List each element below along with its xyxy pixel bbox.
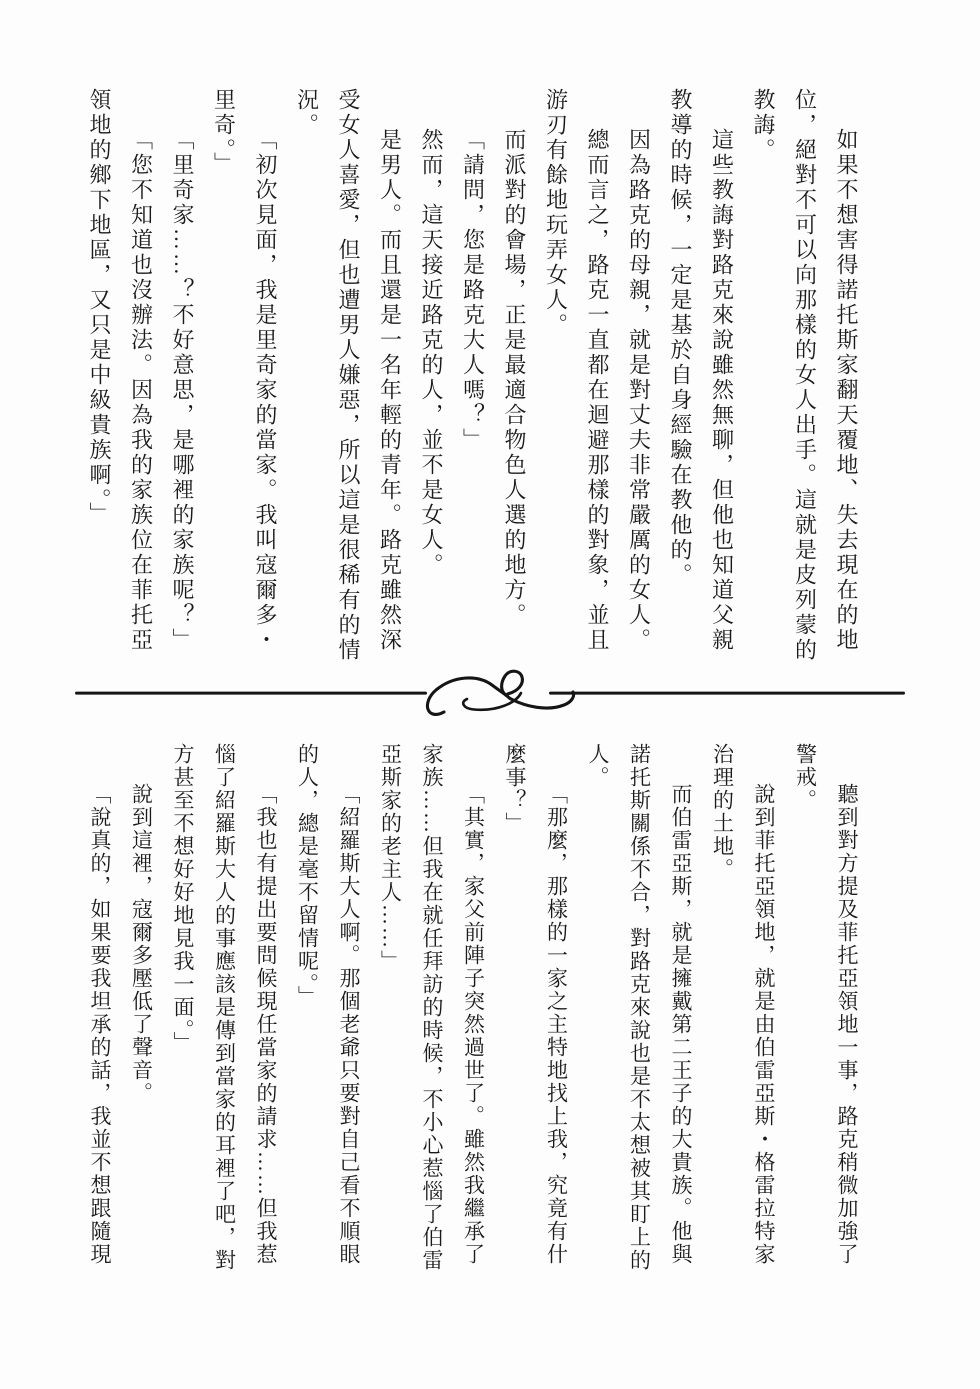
text-column: 「請問，您是路克大人嗎？」: [452, 88, 494, 668]
text-section-top: 如果不想害得諾托斯家翻天覆地、失去現在的地位，絕對不可以向那樣的女人出手。這就是…: [79, 88, 868, 668]
text-column: 諾托斯關係不合，對路克來說也是不太想被其盯上的: [618, 743, 660, 1283]
calligraphic-flourish-icon: [75, 648, 905, 738]
text-column: 的人，總是毫不留情呢。」: [286, 743, 328, 1283]
text-column: 總而言之，路克一直都在迴避那樣的對象，並且: [577, 88, 619, 668]
text-column: 說到菲托亞領地，就是由伯雷亞斯・格雷拉特家: [743, 743, 785, 1283]
text-column: 「里奇家……？不好意思，是哪裡的家族呢？」: [162, 88, 204, 668]
text-column: 家族……但我在就任拜訪的時候，不小心惹惱了伯雷: [411, 743, 453, 1283]
text-column: 這些教誨對路克來說雖然無聊，但他也知道父親: [701, 88, 743, 668]
book-page: 如果不想害得諾托斯家翻天覆地、失去現在的地位，絕對不可以向那樣的女人出手。這就是…: [0, 0, 980, 1389]
text-column: 而派對的會場，正是最適合物色人選的地方。: [494, 88, 536, 668]
text-column: 麼事？」: [494, 743, 536, 1283]
text-column: 教誨。: [743, 88, 785, 668]
text-column: 「紹羅斯大人啊。那個老爺只要對自己看不順眼: [328, 743, 370, 1283]
text-section-bottom: 聽到對方提及菲托亞領地一事，路克稍微加強了警戒。說到菲托亞領地，就是由伯雷亞斯・…: [79, 743, 868, 1283]
text-column: 是男人。而且還是一名年輕的青年。路克雖然深: [369, 88, 411, 668]
text-column: 位，絕對不可以向那樣的女人出手。這就是皮列蒙的: [784, 88, 826, 668]
text-column: 游刃有餘地玩弄女人。: [535, 88, 577, 668]
text-column: 人。: [577, 743, 619, 1283]
text-column: 方甚至不想好好地見我一面。」: [162, 743, 204, 1283]
text-column: 里奇。」: [203, 88, 245, 668]
text-column: 受女人喜愛，但也遭男人嫌惡，所以這是很稀有的情: [328, 88, 370, 668]
section-divider: [75, 648, 905, 738]
text-column: 況。: [286, 88, 328, 668]
text-column: 說到這裡，寇爾多壓低了聲音。: [120, 743, 162, 1283]
text-column: 惱了紹羅斯大人的事應該是傳到當家的耳裡了吧，對: [203, 743, 245, 1283]
text-column: 「其實，家父前陣子突然過世了。雖然我繼承了: [452, 743, 494, 1283]
text-column: 然而，這天接近路克的人，並不是女人。: [411, 88, 453, 668]
text-column: 治理的土地。: [701, 743, 743, 1283]
text-column: 「說真的，如果要我坦承的話，我並不想跟隨現: [79, 743, 121, 1283]
text-column: 教導的時候，一定是基於自身經驗在教他的。: [660, 88, 702, 668]
text-column: 「初次見面，我是里奇家的當家。我叫寇爾多・: [245, 88, 287, 668]
text-column: 聽到對方提及菲托亞領地一事，路克稍微加強了: [826, 743, 868, 1283]
text-column: 「您不知道也沒辦法。因為我的家族位在菲托亞: [120, 88, 162, 668]
text-column: 亞斯家的老主人……」: [369, 743, 411, 1283]
text-column: 「我也有提出要問候現任當家的請求……但我惹: [245, 743, 287, 1283]
text-column: 而伯雷亞斯，就是擁戴第二王子的大貴族。他與: [660, 743, 702, 1283]
text-column: 如果不想害得諾托斯家翻天覆地、失去現在的地: [826, 88, 868, 668]
text-column: 「那麼，那樣的一家之主特地找上我，究竟有什: [535, 743, 577, 1283]
text-column: 警戒。: [784, 743, 826, 1283]
text-column: 因為路克的母親，就是對丈夫非常嚴厲的女人。: [618, 88, 660, 668]
text-column: 領地的鄉下地區，又只是中級貴族啊。」: [79, 88, 121, 668]
